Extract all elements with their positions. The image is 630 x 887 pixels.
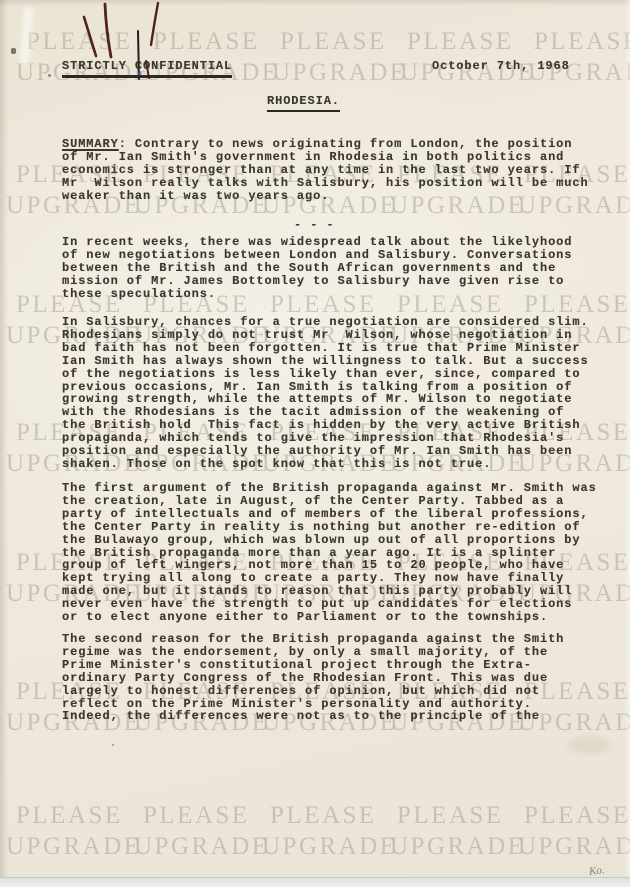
body-paragraph: In Salisbury, chances for a true negotia… bbox=[62, 316, 589, 471]
handwritten-note: Ko. bbox=[588, 864, 605, 878]
document-date: October 7th, 1968 bbox=[432, 60, 570, 73]
watermark-word: PLEASE bbox=[16, 803, 123, 828]
watermark-word: PLEASE bbox=[270, 803, 377, 828]
paper-speck bbox=[112, 744, 114, 746]
summary-paragraph: SUMMARY: Contrary to news originating fr… bbox=[62, 138, 589, 203]
document-title: RHODESIA. bbox=[267, 95, 340, 112]
section-divider: - - - bbox=[294, 219, 335, 232]
watermark-word: UPGRADE bbox=[6, 834, 142, 859]
watermark-word: UPGRADE bbox=[262, 834, 398, 859]
page-edge-right bbox=[624, 0, 630, 887]
watermark-word: PLEASE bbox=[524, 803, 630, 828]
classification-heading: STRICTLY CONFIDENTIAL bbox=[62, 60, 232, 78]
paper-smudge bbox=[568, 736, 610, 754]
scanner-bed-strip bbox=[0, 877, 630, 887]
watermark-word: UPGRADE bbox=[272, 60, 408, 85]
page-edge-top bbox=[0, 0, 630, 6]
classification-text: STRICTLY CONFIDENTIAL bbox=[62, 60, 232, 78]
summary-first-line: : Contrary to news originating from Lond… bbox=[119, 137, 573, 151]
body-paragraph: The second reason for the British propag… bbox=[62, 633, 564, 723]
watermark-word: UPGRADE bbox=[134, 834, 270, 859]
page-edge-left bbox=[0, 0, 8, 887]
pen-marks bbox=[0, 0, 200, 95]
watermark-word: PLEASE bbox=[143, 803, 250, 828]
watermark-word: PLEASE bbox=[534, 29, 630, 54]
pen-stroke bbox=[105, 4, 111, 57]
watermark-word: PLEASE bbox=[26, 29, 133, 54]
summary-label: SUMMARY bbox=[62, 137, 119, 151]
paper-speck bbox=[11, 48, 16, 54]
watermark-word: UPGRADE bbox=[390, 834, 526, 859]
scan-page: PLEASEPLEASEPLEASEPLEASEPLEASEUPGRADEUPG… bbox=[0, 0, 630, 887]
body-paragraph: In recent weeks, there was widespread ta… bbox=[62, 236, 572, 301]
paper-speck bbox=[48, 74, 51, 77]
summary-lines: of Mr. Ian Smith's government in Rhodesi… bbox=[62, 150, 589, 203]
paper-crease bbox=[20, 8, 34, 65]
pen-stroke bbox=[151, 3, 158, 45]
pen-stroke bbox=[84, 17, 96, 56]
body-paragraph: The first argument of the British propag… bbox=[62, 482, 597, 624]
watermark-word: PLEASE bbox=[407, 29, 514, 54]
watermark-word: PLEASE bbox=[153, 29, 260, 54]
watermark-word: UPGRADE bbox=[518, 834, 630, 859]
watermark-word: PLEASE bbox=[280, 29, 387, 54]
watermark-word: PLEASE bbox=[397, 803, 504, 828]
document-title-text: RHODESIA. bbox=[267, 95, 340, 112]
